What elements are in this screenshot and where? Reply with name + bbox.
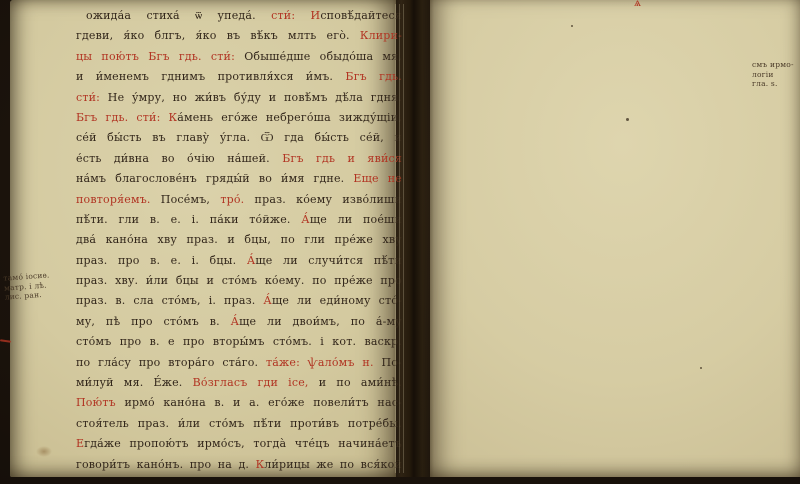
- manuscript-line: два́ кано́на хву праз. и бцы, по гли пре…: [76, 230, 402, 250]
- manuscript-line: повторя́емъ. Посе́мъ, тро́. праз. ко́ему…: [76, 190, 402, 210]
- text-segment: Е: [76, 437, 84, 450]
- text-segment: К: [256, 458, 265, 471]
- text-segment: Во́згласъ гди ісе,: [193, 376, 319, 389]
- text-segment: се́й бы́сть въ главу̀ у́гла. Ѿ гда бы́ст…: [76, 131, 402, 144]
- manuscript-line: Пою́тъ ирмо́ кано́на в. и а. его́же пове…: [76, 393, 402, 413]
- text-segment: гда́же пропою́тъ ирмо́съ, тогда̀ чте́цъ …: [84, 437, 402, 450]
- text-segment: стоя́тель праз. и́ли сто́мъ пѣ́ти проти́…: [76, 417, 402, 430]
- text-segment: тро́.: [220, 193, 254, 206]
- text-segment: ще ли еди́ному сто́-: [272, 294, 402, 307]
- margin-note-right: смъ ирмо-логіигла. ѕ.: [752, 60, 794, 89]
- text-segment: А́: [301, 213, 310, 226]
- text-segment: Обыше́дше обыдо́ша мя,: [244, 50, 402, 63]
- manuscript-line: Бгъ гдь. сти́: Ка́мень его́же небрего́ша…: [76, 108, 402, 128]
- text-segment: и и́менемъ гднимъ противля́хся и́мъ.: [76, 70, 345, 83]
- ink-speck: [571, 25, 573, 27]
- manuscript-line: по гла́су про втора́го ста́го. та́же: ѱа…: [76, 353, 402, 373]
- manuscript-line: сто́мъ про в. е про вторы́мъ сто́мъ. і к…: [76, 332, 402, 352]
- text-segment: праз. хву. и́ли бцы и сто́мъ ко́ему. по …: [76, 274, 402, 287]
- margin-note-line: гла. ѕ.: [752, 79, 794, 89]
- text-segment: сти́:: [76, 91, 108, 104]
- text-segment: праз. ко́ему изво́лиши: [255, 193, 402, 206]
- ink-speck: [700, 367, 702, 369]
- text-segment: ожида́а стиха́ ѿ упеда́.: [86, 9, 271, 22]
- text-segment: сти́: И: [271, 9, 320, 22]
- text-segment: праз. про в. е. і. бцы.: [76, 254, 247, 267]
- text-segment: А́: [231, 315, 240, 328]
- red-top-mark: ѧ: [634, 0, 641, 8]
- margin-note-line: логіи: [752, 70, 794, 80]
- text-segment: му, пѣ про сто́мъ в.: [76, 315, 231, 328]
- text-segment: ми́луй мя. Е́же.: [76, 376, 193, 389]
- text-segment: Не у́мру, но жи́въ бу́ду и повѣ́мъ дѣ́ла…: [108, 91, 402, 104]
- manuscript-line: праз. хву. и́ли бцы и сто́мъ ко́ему. по …: [76, 271, 402, 291]
- text-segment: ирмо́ кано́на в. и а. его́же повели́тъ н…: [124, 396, 402, 409]
- manuscript-line: праз. про в. е. і. бцы. А́ще ли случи́тс…: [76, 251, 402, 271]
- text-segment: ще ли пое́ши: [310, 213, 402, 226]
- manuscript-line: ми́луй мя. Е́же. Во́згласъ гди ісе, и по…: [76, 373, 402, 393]
- text-segment: Посе́мъ,: [161, 193, 221, 206]
- left-page-text-block: ожида́а стиха́ ѿ упеда́. сти́: Исповѣ́да…: [76, 6, 402, 475]
- text-segment: а́мень его́же небрего́ша зижду́щіи,: [177, 111, 402, 124]
- book-gutter: [392, 0, 434, 477]
- text-segment: А́: [263, 294, 272, 307]
- ink-stain: [36, 446, 52, 457]
- manuscript-line: стоя́тель праз. и́ли сто́мъ пѣ́ти проти́…: [76, 414, 402, 434]
- manuscript-line: е́сть ди́вна во о́чію на́шей. Бгъ гдь и …: [76, 149, 402, 169]
- text-segment: та́же: ѱало́мъ н.: [266, 356, 381, 369]
- text-segment: е́сть ди́вна во о́чію на́шей.: [76, 152, 282, 165]
- manuscript-line: пѣ́ти. гли в. е. і. па́ки то́йже. А́ще л…: [76, 210, 402, 230]
- text-segment: ще ли случи́тся пѣ́ти: [255, 254, 402, 267]
- margin-note-left: тамо́ іосиѳ.матр. і лѣ.лис. ран.: [3, 270, 51, 302]
- manuscript-line: сти́: Не у́мру, но жи́въ бу́ду и повѣ́мъ…: [76, 88, 402, 108]
- margin-note-line: смъ ирмо-: [752, 60, 794, 70]
- text-segment: гдеви, я́ко блгъ, я́ко въ вѣ́къ млть его…: [76, 29, 360, 42]
- text-segment: на́мъ благослове́нъ гряды́й во и́мя гдне…: [76, 172, 353, 185]
- text-segment: ли́рицы же по вся́кой: [264, 458, 402, 471]
- text-segment: говори́тъ кано́нъ. про на д.: [76, 458, 256, 471]
- text-segment: Бгъ гдь. сти́: К: [76, 111, 177, 124]
- text-segment: сповѣ́дайтеся: [320, 9, 402, 22]
- manuscript-line: Егда́же пропою́тъ ирмо́съ, тогда̀ чте́цъ…: [76, 434, 402, 454]
- right-page: пѣ́сни пою́тъ катава́сію. А́ще пое́ши ка…: [430, 0, 800, 477]
- ink-speck: [626, 118, 629, 121]
- text-segment: по гла́су про втора́го ста́го.: [76, 356, 266, 369]
- manuscript-line: се́й бы́сть въ главу̀ у́гла. Ѿ гда бы́ст…: [76, 128, 402, 148]
- text-segment: цы пою́тъ Бгъ гдь. сти́:: [76, 50, 244, 63]
- manuscript-line: ожида́а стиха́ ѿ упеда́. сти́: Исповѣ́да…: [76, 6, 402, 26]
- text-segment: и по ами́нѣ.: [319, 376, 402, 389]
- manuscript-line: му, пѣ про сто́мъ в. А́ще ли двои́мъ, по…: [76, 312, 402, 332]
- book-photo: ожида́а стиха́ ѿ упеда́. сти́: Исповѣ́да…: [0, 0, 800, 484]
- red-margin-dash: [0, 339, 11, 343]
- text-segment: сто́мъ про в. е про вторы́мъ сто́мъ. і к…: [76, 335, 402, 348]
- manuscript-line: праз. в. сла сто́мъ, і. праз. А́ще ли ед…: [76, 291, 402, 311]
- text-segment: два́ кано́на хву праз. и бцы, по гли пре…: [76, 233, 402, 246]
- text-segment: ще ли двои́мъ, по а́-му: [239, 315, 402, 328]
- manuscript-line: на́мъ благослове́нъ гряды́й во и́мя гдне…: [76, 169, 402, 189]
- text-segment: Пою́тъ: [76, 396, 124, 409]
- manuscript-line: и и́менемъ гднимъ противля́хся и́мъ. Бгъ…: [76, 67, 402, 87]
- left-page: ожида́а стиха́ ѿ упеда́. сти́: Исповѣ́да…: [10, 0, 396, 477]
- text-segment: повторя́емъ.: [76, 193, 161, 206]
- manuscript-line: гдеви, я́ко блгъ, я́ко въ вѣ́къ млть его…: [76, 26, 402, 46]
- text-segment: Бгъ гдь и яви́ся: [282, 152, 402, 165]
- text-segment: праз. в. сла сто́мъ, і. праз.: [76, 294, 263, 307]
- manuscript-line: цы пою́тъ Бгъ гдь. сти́: Обыше́дше обыдо…: [76, 47, 402, 67]
- manuscript-line: говори́тъ кано́нъ. про на д. Кли́рицы же…: [76, 455, 402, 475]
- text-segment: пѣ́ти. гли в. е. і. па́ки то́йже.: [76, 213, 301, 226]
